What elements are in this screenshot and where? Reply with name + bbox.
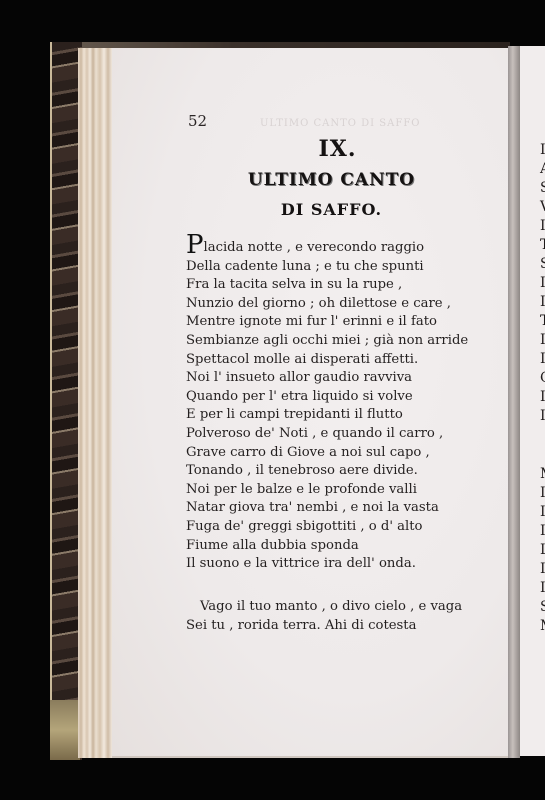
stanza-2: Vago il tuo manto , o divo cielo , e vag… [186,598,506,635]
facing-page-initial: I [540,523,545,539]
facing-page-initial: I [540,351,545,367]
facing-page-initial: M [540,466,545,482]
facing-page-initial: S [540,599,545,615]
poem-line: Tonando , il tenebroso aere divide. [186,462,496,481]
poem-line: Grave carro di Giove a noi sul capo , [186,444,496,463]
poem-line: Sei tu , rorida terra. Ahi di cotesta [186,617,506,636]
facing-page-initial: I [540,561,545,577]
poem-subtitle: DI SAFFO. [0,200,545,219]
cover-corner-leather [50,700,80,760]
drop-cap: P [186,230,204,260]
facing-page-initial: I [540,408,545,424]
poem-line: E per li campi trepidanti il flutto [186,406,496,425]
poem-line: Noi per le balze e le profonde valli [186,481,496,500]
chapter-numeral: IX. [0,136,545,162]
poem-line: Fuga de' greggi sbigottiti , o d' alto [186,518,496,537]
poem-line: Il suono e la vittrice ira dell' onda. [186,555,496,574]
facing-page-initial: I [540,580,545,596]
poem-line: Noi l' insueto allor gaudio ravviva [186,369,496,388]
poem-line: Spettacol molle ai disperati affetti. [186,351,496,370]
poem-line: Nunzio del giorno ; oh dilettose e care … [186,295,496,314]
facing-page-initial: I [540,218,545,234]
poem-line: Polveroso de' Noti , e quando il carro , [186,425,496,444]
poem-line: Sembianze agli occhi miei ; già non arri… [186,332,496,351]
facing-page-initial: T [540,313,545,329]
bleed-through-header: ULTIMO CANTO DI SAFFO [260,118,420,129]
poem-line: Quando per l' etra liquido si volve [186,388,496,407]
facing-page-initial: T [540,237,545,253]
facing-page-initial: I [540,332,545,348]
facing-page-initial: I [540,275,545,291]
poem-line: Fiume alla dubbia sponda [186,537,496,556]
facing-page-initial: M [540,618,545,634]
stanza-1: Placida notte , e verecondo raggio Della… [186,236,496,574]
facing-page-initial: I [540,389,545,405]
poem-line: Placida notte , e verecondo raggio [186,236,496,258]
poem-line: Natar giova tra' nembi , e noi la vasta [186,499,496,518]
poem-line: Vago il tuo manto , o divo cielo , e vag… [186,598,506,617]
facing-page-initial: S [540,256,545,272]
facing-page-initial: I [540,504,545,520]
facing-page-initial: L [540,542,545,558]
poem-line: Della cadente luna ; e tu che spunti [186,258,496,277]
poem-line: Fra la tacita selva in su la rupe , [186,276,496,295]
facing-page-initial: I [540,294,545,310]
facing-page-initial: C [540,370,545,386]
page-number: 52 [188,112,207,130]
facing-page-initial: I [540,485,545,501]
poem-line: Mentre ignote mi fur l' erinni e il fato [186,313,496,332]
poem-title: ULTIMO CANTO [0,170,545,190]
